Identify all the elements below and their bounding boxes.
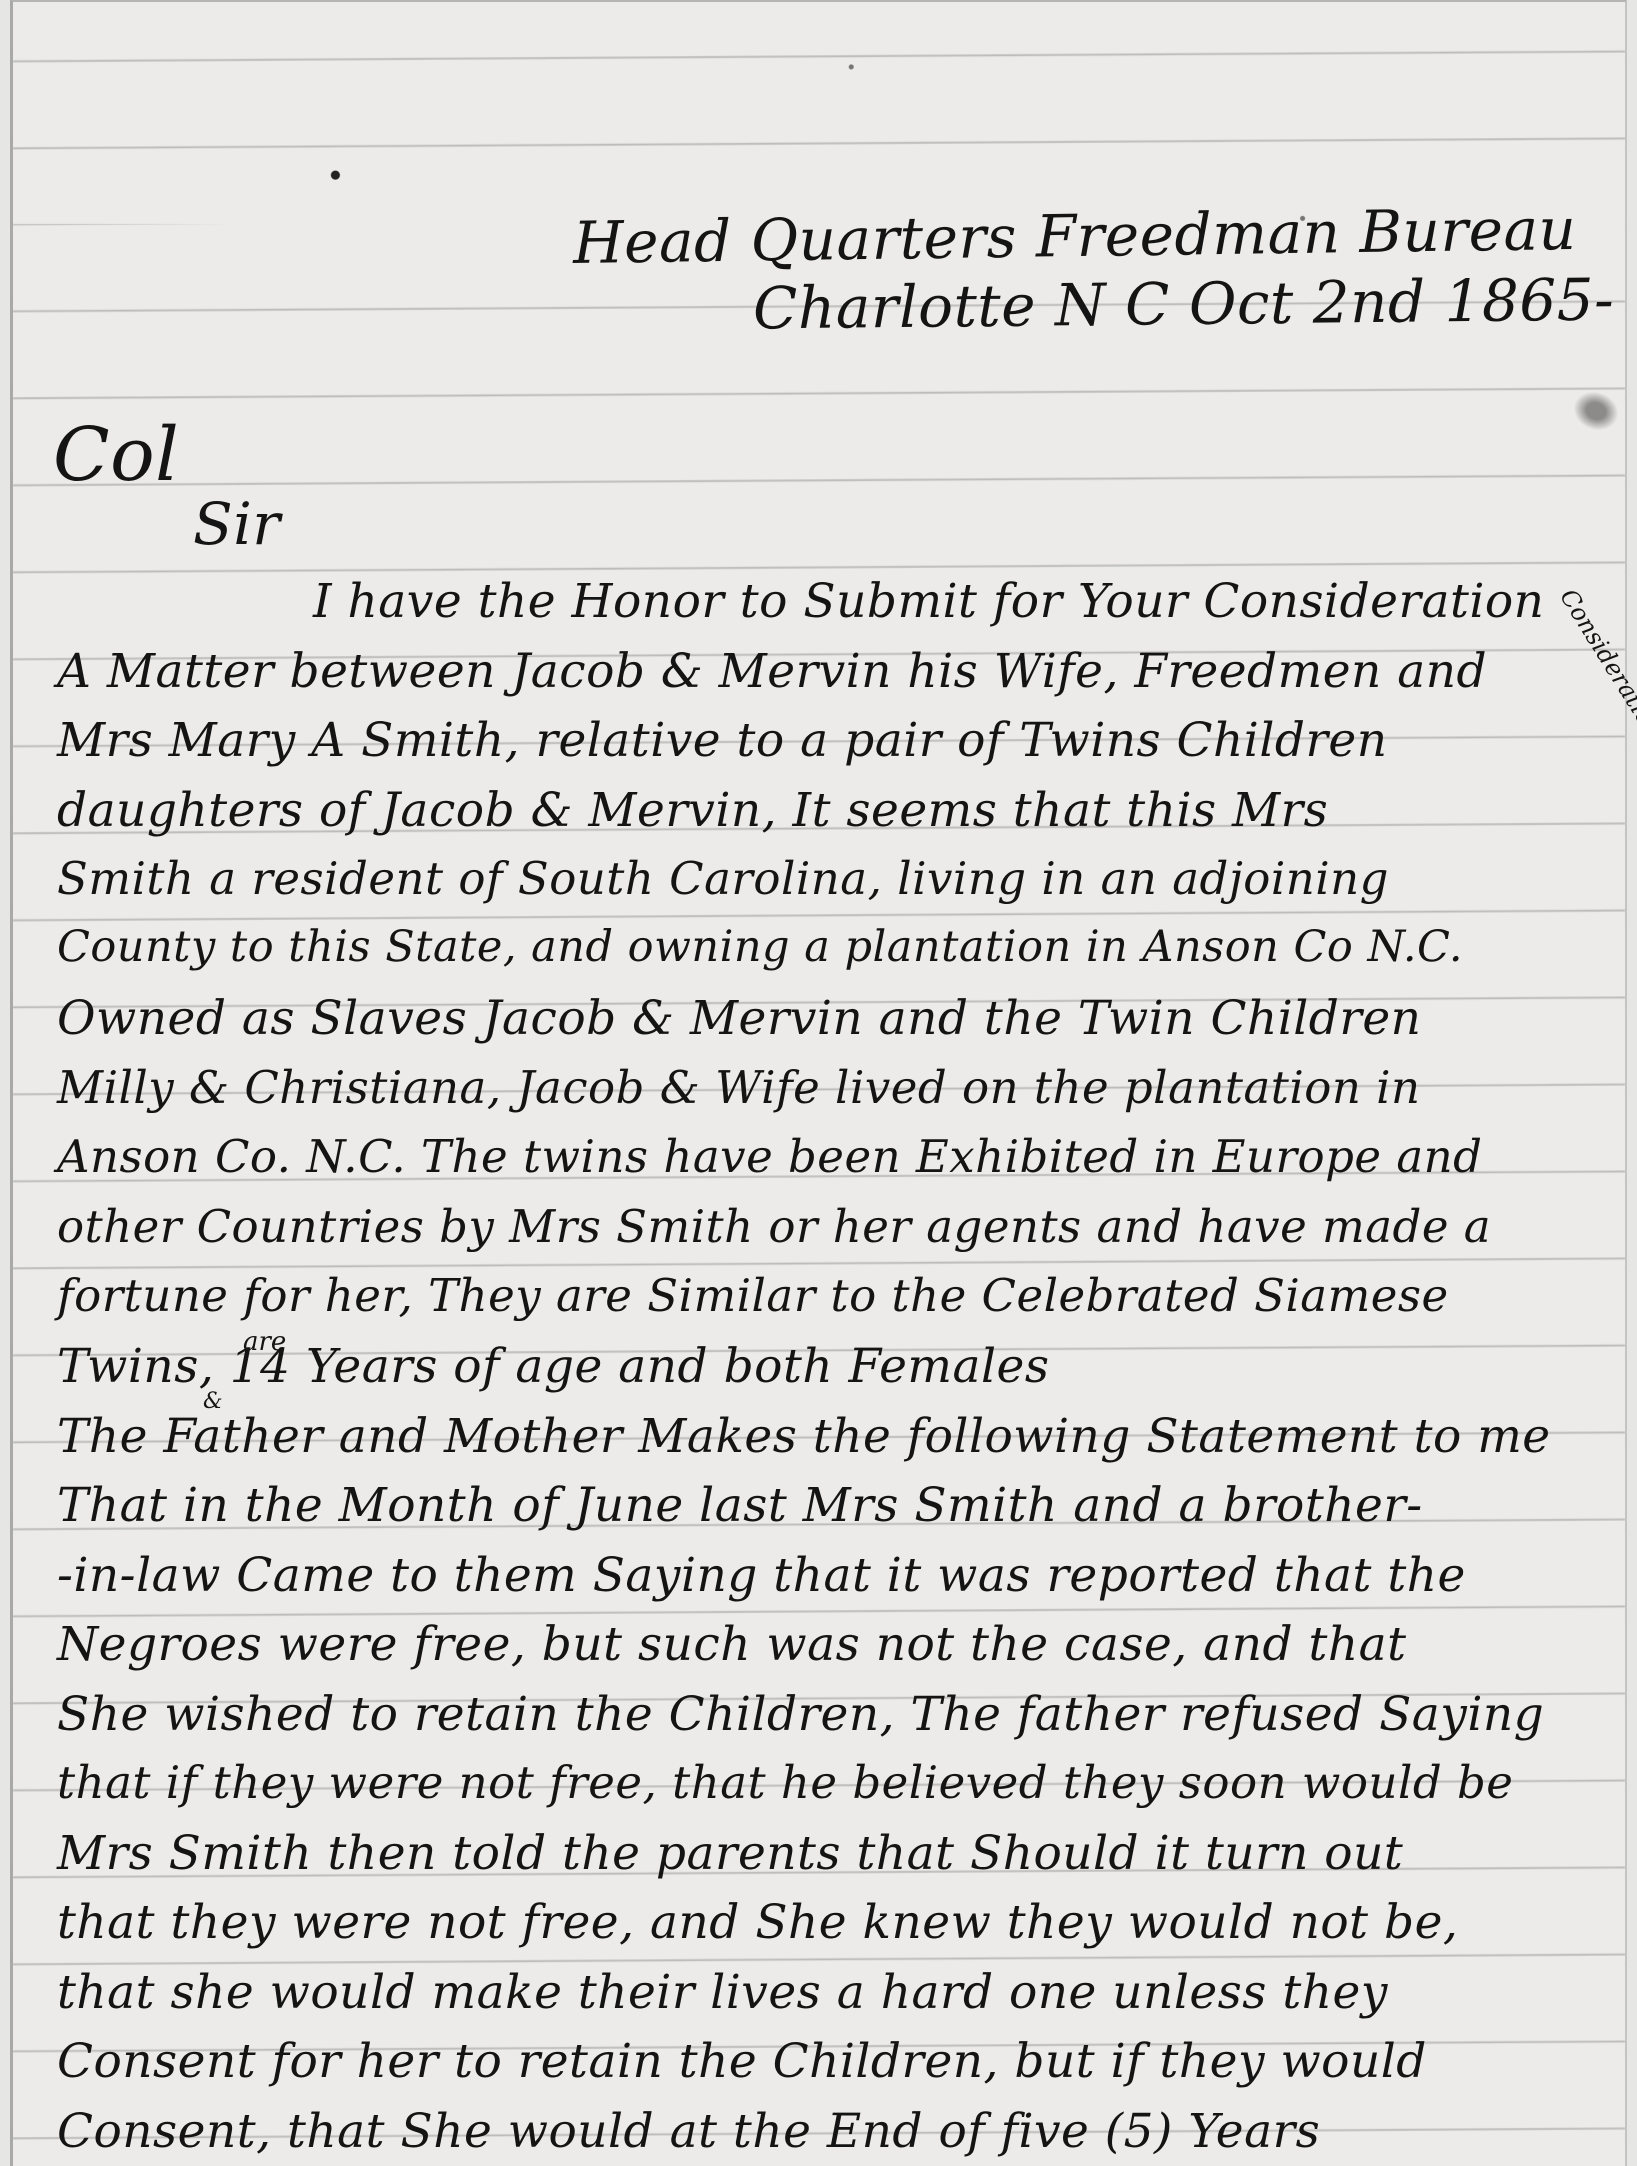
body-line-18: that if they were not free, that he beli… — [57, 1756, 1513, 1809]
ink-stain — [1568, 385, 1624, 436]
body-line-23: Consent, that She would at the End of fi… — [57, 2104, 1320, 2159]
body-line-17: She wished to retain the Children, The f… — [57, 1687, 1544, 1742]
body-line-22: Consent for her to retain the Children, … — [57, 2034, 1427, 2089]
salutation-title: Col — [53, 412, 179, 498]
body-line-6: County to this State, and owning a plant… — [57, 922, 1463, 972]
body-line-14: That in the Month of June last Mrs Smith… — [57, 1478, 1423, 1533]
insertion-are: are — [243, 1327, 286, 1357]
body-line-1: I have the Honor to Submit for Your Cons… — [313, 574, 1544, 629]
salutation-greeting: Sir — [193, 490, 281, 558]
body-line-11: fortune for her, They are Similar to the… — [57, 1269, 1449, 1322]
body-line-15: -in-law Came to them Saying that it was … — [57, 1548, 1466, 1603]
body-line-21: that she would make their lives a hard o… — [57, 1965, 1388, 2020]
body-line-10: other Countries by Mrs Smith or her agen… — [57, 1200, 1491, 1253]
body-line-16: Negroes were free, but such was not the … — [57, 1617, 1407, 1672]
letter-page: Head Quarters Freedman Bureau Charlotte … — [10, 0, 1627, 2166]
body-line-2: A Matter between Jacob & Mervin his Wife… — [57, 644, 1487, 699]
body-line-12: Twins, 14 Years of age and both Females — [57, 1339, 1049, 1394]
body-line-9: Anson Co. N.C. The twins have been Exhib… — [57, 1130, 1482, 1183]
body-line-3: Mrs Mary A Smith, relative to a pair of … — [57, 713, 1388, 768]
body-line-19: Mrs Smith then told the parents that Sho… — [57, 1826, 1403, 1881]
letterhead-line-2: Charlotte N C Oct 2nd 1865- — [753, 265, 1615, 342]
body-line-7: Owned as Slaves Jacob & Mervin and the T… — [57, 991, 1421, 1046]
letterhead-line-1: Head Quarters Freedman Bureau — [573, 195, 1577, 277]
body-line-13: The Father and Mother Makes the followin… — [57, 1409, 1551, 1464]
margin-insertion-consideration: Consideration — [1554, 584, 1637, 744]
body-line-5: Smith a resident of South Carolina, livi… — [57, 852, 1389, 905]
body-line-8: Milly & Christiana, Jacob & Wife lived o… — [57, 1061, 1421, 1114]
body-line-20: that they were not free, and She knew th… — [57, 1895, 1458, 1950]
body-line-4: daughters of Jacob & Mervin, It seems th… — [57, 783, 1328, 838]
